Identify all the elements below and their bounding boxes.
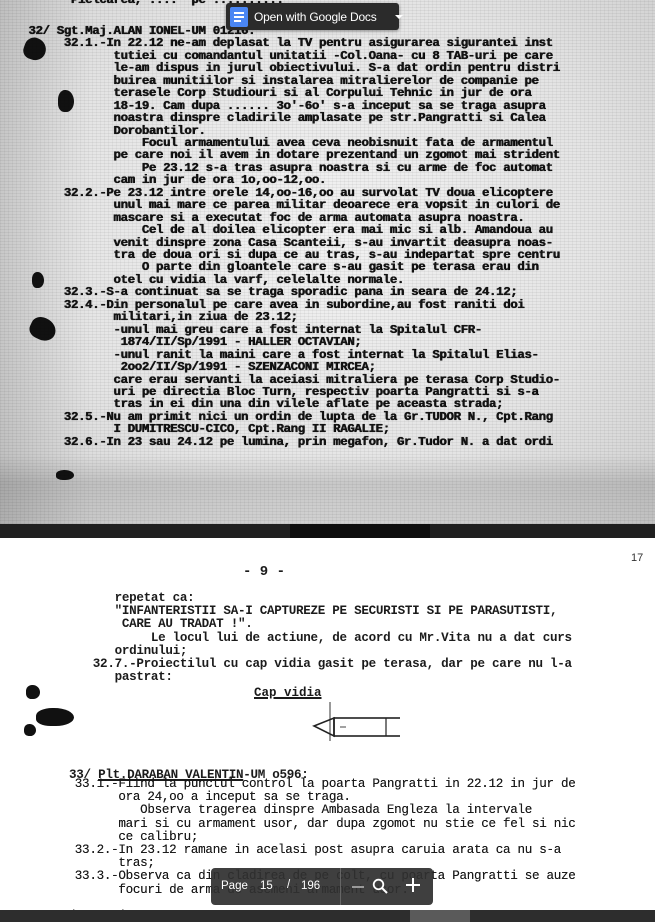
scrollbar-thumb[interactable] <box>410 910 470 922</box>
text-line: 1874/II/Sp/1991 - HALLER OCTAVIAN; <box>0 336 361 348</box>
text-line: tras in ei din una din vilele aflate pe … <box>0 398 503 410</box>
ink-blot <box>36 708 74 726</box>
text-line: pastrat: <box>42 671 572 684</box>
magnifier-icon[interactable] <box>372 878 388 894</box>
text-line: 32/ Sgt.Maj.ALAN IONEL-UM 01216: <box>0 25 255 37</box>
text-line: Focul armamentului avea ceva neobisnuit … <box>0 137 553 149</box>
text-line: noastra dinspre cladirile amplasate pe s… <box>0 112 546 124</box>
text-line: 32.4.-Din personalul pe care avea in sub… <box>0 299 524 311</box>
text-line: mascare si a executat foc de arma automa… <box>0 212 524 224</box>
text-line: unul mai mare ce parea militar deoarece … <box>0 199 560 211</box>
text-line: Dorobantilor. <box>0 125 205 137</box>
text-line: le-am dispus in jurul obiectivului. S-a … <box>0 62 560 74</box>
margin-mark: 17 <box>631 552 643 564</box>
text-line: pe care noi il avem in dotare prezentand… <box>0 149 560 161</box>
text-line: I DUMITRESCU-CICO, Cpt.Rang II RAGALIE; <box>0 423 390 435</box>
ink-blot <box>26 685 40 699</box>
divider <box>340 868 341 905</box>
document-page-1: Pielcarea, .... pe .......... 32/ Sgt.Ma… <box>0 0 655 524</box>
page-label: Page <box>221 880 248 892</box>
page-gap <box>0 524 655 538</box>
text-line: Cel de al doilea elicopter era mai mic s… <box>0 224 553 236</box>
text-line: mari si cu armament usor, dar dupa zgomo… <box>24 818 576 831</box>
text-line: tra de doua ori si dupa ce au tras, s-au… <box>0 249 560 261</box>
document-page-2: - 9 - 17 repetat ca: "INFANTERISTII SA-I… <box>0 538 655 910</box>
text-line: militari,in ziua de 23.12; <box>0 311 298 323</box>
zoom-out-icon[interactable] <box>352 886 364 888</box>
page-gap-shade <box>290 524 430 538</box>
text-line: uri pe directia Bloc Turn, respectiv poa… <box>0 386 539 398</box>
text-line: 32.2.-Pe 23.12 intre orele 14,oo-16,oo a… <box>0 187 553 199</box>
text-line: otel cu vidia la varf, celelalte normale… <box>0 274 404 286</box>
text-line: Le locul lui de actiune, de acord cu Mr.… <box>42 632 572 645</box>
text-line: 32.1.-In 22.12 ne-am deplasat la TV pent… <box>0 37 553 49</box>
text-line: venit dinspre zona Casa Scanteii, s-au i… <box>0 237 553 249</box>
google-docs-icon <box>230 7 248 27</box>
scan-shadow <box>0 455 655 524</box>
text-line: -unul mai greu care a fost internat la S… <box>0 324 482 336</box>
text-line: 32.3.-S-a continuat sa se traga sporadic… <box>0 286 517 298</box>
text-line: terasele Corp Studiouri si al Corpului T… <box>0 87 531 99</box>
ink-blot <box>24 724 36 736</box>
text-line: buirea munitiilor si instalarea mitralie… <box>0 75 539 87</box>
caret-down-icon[interactable] <box>395 15 403 19</box>
text-line: 32.5.-Nu am primit nici un ordin de lupt… <box>0 411 553 423</box>
text-line: 2oo2/II/Sp/1991 - SZENZACONI MIRCEA; <box>0 361 376 373</box>
page-2-text-top: repetat ca: "INFANTERISTII SA-I CAPTUREZ… <box>42 592 572 684</box>
text-line: 18-19. Cam dupa ...... 3o'-6o' s-a incep… <box>0 100 546 112</box>
text-line: 32.6.-In 23 sau 24.12 pe lumina, prin me… <box>0 436 553 448</box>
page-navigation-toolbar: Page 15 / 196 <box>211 868 433 905</box>
page-separator: / <box>287 879 290 891</box>
open-with-label: Open with Google Docs <box>254 10 377 24</box>
zoom-in-icon[interactable] <box>406 878 420 892</box>
open-with-google-docs-button[interactable]: Open with Google Docs <box>226 3 399 30</box>
ink-blot <box>56 470 74 480</box>
text-line: tutiei cu comandantul unitatii -Col.Oana… <box>0 50 553 62</box>
scrollbar-track[interactable] <box>0 910 655 922</box>
total-pages: 196 <box>301 880 320 892</box>
text-line: -unul ranit la maini care a fost interna… <box>0 349 539 361</box>
text-line: CARE AU TRADAT !". <box>42 618 572 631</box>
text-line: Observa tragerea dinspre Ambasada Englez… <box>24 804 576 817</box>
text-line: O parte din gloantele care s-au gasit pe… <box>0 261 539 273</box>
text-line: cam in jur de ora 1o,oo-12,oo. <box>0 174 326 186</box>
page-number: - 9 - <box>243 564 285 580</box>
text-line: Pe 23.12 s-a tras asupra noastra si cu a… <box>0 162 553 174</box>
text-line: care erau servanti la aceiasi mitraliera… <box>0 374 560 386</box>
current-page-input[interactable]: 15 <box>260 880 273 892</box>
